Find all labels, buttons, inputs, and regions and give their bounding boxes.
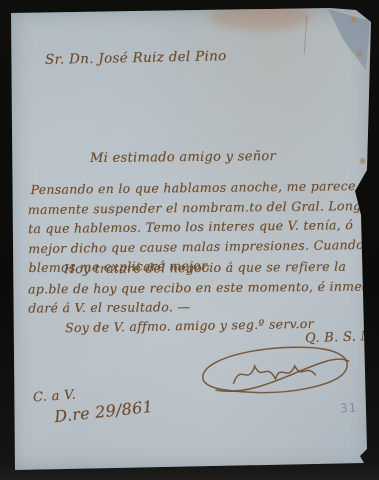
body-line: mejor dicho que cause malas impresiones.… <box>28 234 366 258</box>
body-line: Hoy trataré del negocio á que se refiere… <box>28 257 366 279</box>
rust-spot <box>357 52 362 56</box>
addressee-line: Sr. Dn. José Ruiz del Pino <box>45 48 227 68</box>
rust-spot <box>360 158 365 164</box>
letter-page: Sr. Dn. José Ruiz del Pino Mi estimado a… <box>10 8 372 471</box>
rust-spot <box>351 17 357 22</box>
torn-corner-patch <box>10 8 372 78</box>
body-line: daré á V. el resultado. — <box>28 296 366 318</box>
signature-rubric <box>194 339 359 401</box>
signature-flourish-icon <box>194 339 359 401</box>
archival-page-number: 31 <box>340 401 358 416</box>
closing-line: Soy de V. affmo. amigo y seg.º serv.or <box>65 316 314 335</box>
scan-background: Sr. Dn. José Ruiz del Pino Mi estimado a… <box>0 0 379 480</box>
salutation-line: Mi estimado amigo y señor <box>90 149 276 166</box>
place-abbreviation: C. a V. <box>33 388 77 406</box>
body-line: ap.ble de hoy que recibo en este momento… <box>28 276 366 298</box>
body-paragraph-2: Hoy trataré del negocio á que se refiere… <box>28 257 366 318</box>
paper-stain <box>210 4 310 30</box>
